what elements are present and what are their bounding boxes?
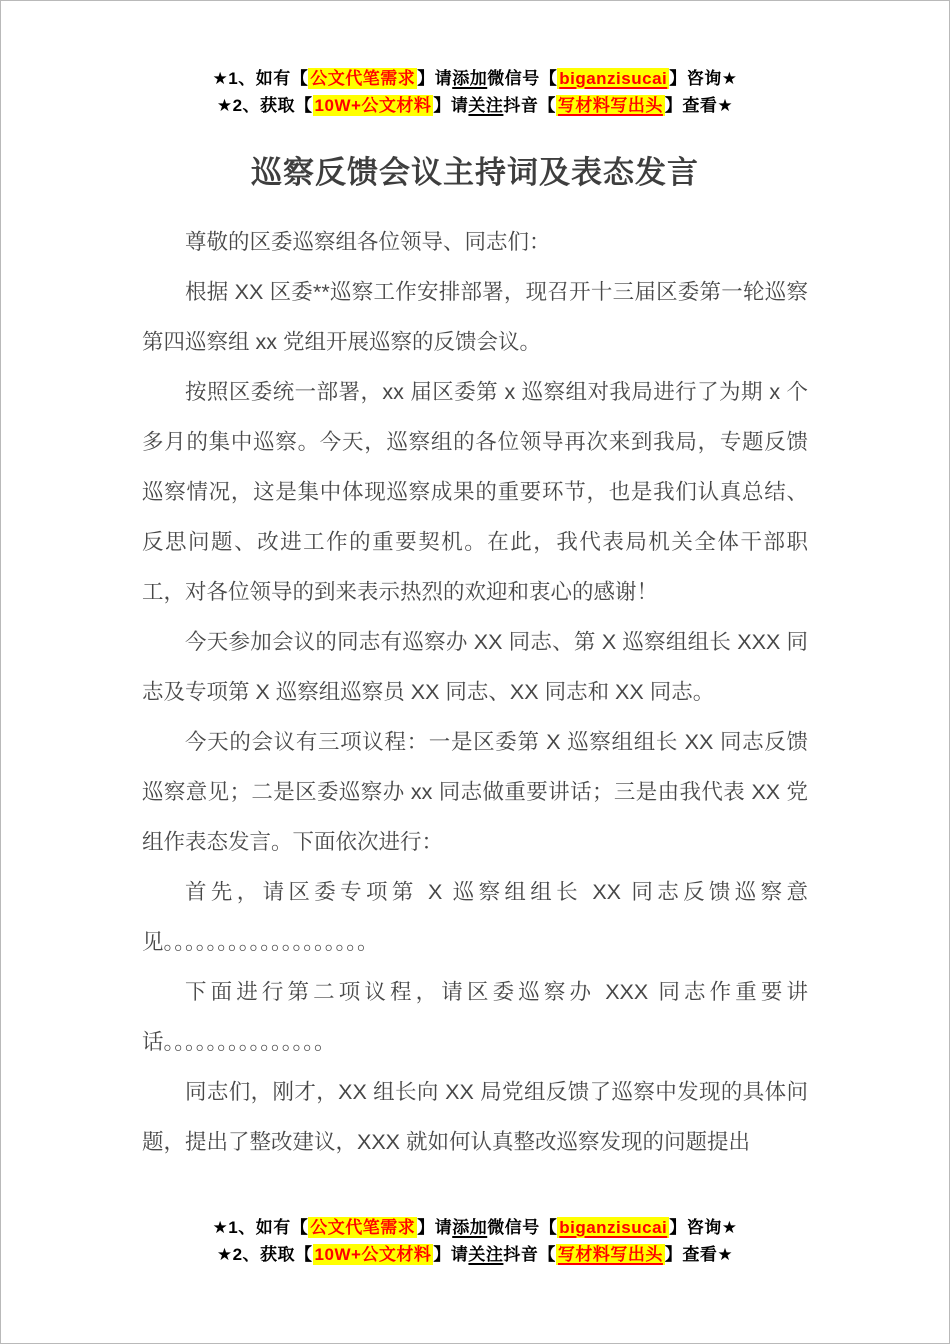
promo-text: 】查看 <box>665 96 718 115</box>
star-icon: ★ <box>722 69 738 88</box>
body-paragraph-salutation: 尊敬的区委巡察组各位领导、同志们： <box>142 217 808 267</box>
document-body: 尊敬的区委巡察组各位领导、同志们： 根据 XX 区委**巡察工作安排部署，现召开… <box>142 217 808 1167</box>
promo-text: 2、获取【 <box>233 96 313 115</box>
promo-header: ★1、如有【公文代笔需求】请添加微信号【biganzisucai】咨询★ ★2、… <box>1 1 949 119</box>
promo-text: 】查看 <box>665 1245 718 1264</box>
body-paragraph: 今天参加会议的同志有巡察办 XX 同志、第 X 巡察组组长 XXX 同志及专项第… <box>142 617 808 717</box>
promo-text: 】请 <box>417 69 452 88</box>
promo-text: 抖音【 <box>503 1245 556 1264</box>
promo-underline-follow: 关注 <box>468 96 503 115</box>
body-paragraph: 根据 XX 区委**巡察工作安排部署，现召开十三届区委第一轮巡察第四巡察组 xx… <box>142 267 808 367</box>
promo-underline-add: 添加 <box>452 69 487 88</box>
star-icon: ★ <box>217 96 233 115</box>
promo-footer-line-1: ★1、如有【公文代笔需求】请添加微信号【biganzisucai】咨询★ <box>1 1214 949 1241</box>
promo-text: 】请 <box>433 1245 468 1264</box>
star-icon: ★ <box>213 69 229 88</box>
star-icon: ★ <box>717 96 733 115</box>
body-paragraph: 同志们，刚才，XX 组长向 XX 局党组反馈了巡察中发现的具体问题，提出了整改建… <box>142 1067 808 1167</box>
star-icon: ★ <box>722 1218 738 1237</box>
promo-text: 】请 <box>417 1218 452 1237</box>
promo-highlight-materials: 10W+公文材料 <box>313 95 434 116</box>
star-icon: ★ <box>717 1245 733 1264</box>
promo-footer: ★1、如有【公文代笔需求】请添加微信号【biganzisucai】咨询★ ★2、… <box>1 1214 949 1268</box>
promo-douyin-name: 写材料写出头 <box>556 1244 665 1265</box>
promo-text: 1、如有【 <box>228 69 308 88</box>
promo-douyin-name: 写材料写出头 <box>556 95 665 116</box>
body-paragraph-agenda: 今天的会议有三项议程：一是区委第 X 巡察组组长 XX 同志反馈巡察意见；二是区… <box>142 717 808 867</box>
promo-header-line-1: ★1、如有【公文代笔需求】请添加微信号【biganzisucai】咨询★ <box>1 65 949 92</box>
promo-wechat-id: biganzisucai <box>557 68 669 89</box>
page-title: 巡察反馈会议主持词及表态发言 <box>1 155 949 191</box>
promo-highlight-service: 公文代笔需求 <box>308 68 417 89</box>
star-icon: ★ <box>213 1218 229 1237</box>
promo-underline-add: 添加 <box>452 1218 487 1237</box>
star-icon: ★ <box>217 1245 233 1264</box>
promo-highlight-service: 公文代笔需求 <box>308 1217 417 1238</box>
promo-text: 抖音【 <box>503 96 556 115</box>
promo-text: 】咨询 <box>669 1218 722 1237</box>
promo-text: 】咨询 <box>669 69 722 88</box>
promo-footer-line-2: ★2、获取【10W+公文材料】请关注抖音【写材料写出头】查看★ <box>1 1241 949 1268</box>
promo-text: 微信号【 <box>487 69 557 88</box>
body-paragraph-dotted: 下面进行第二项议程，请区委巡察办 XXX 同志作重要讲话。。。。。。。。。。。。… <box>142 967 808 1067</box>
body-paragraph-dotted: 首先，请区委专项第 X 巡察组组长 XX 同志反馈巡察意见。。。。。。。。。。。… <box>142 867 808 967</box>
document-page: ★1、如有【公文代笔需求】请添加微信号【biganzisucai】咨询★ ★2、… <box>0 0 950 1344</box>
promo-header-line-2: ★2、获取【10W+公文材料】请关注抖音【写材料写出头】查看★ <box>1 92 949 119</box>
promo-highlight-materials: 10W+公文材料 <box>313 1244 434 1265</box>
promo-text: 】请 <box>433 96 468 115</box>
promo-wechat-id: biganzisucai <box>557 1217 669 1238</box>
promo-text: 2、获取【 <box>233 1245 313 1264</box>
promo-text: 微信号【 <box>487 1218 557 1237</box>
promo-underline-follow: 关注 <box>468 1245 503 1264</box>
promo-text: 1、如有【 <box>228 1218 308 1237</box>
body-paragraph: 按照区委统一部署，xx 届区委第 x 巡察组对我局进行了为期 x 个多月的集中巡… <box>142 367 808 617</box>
